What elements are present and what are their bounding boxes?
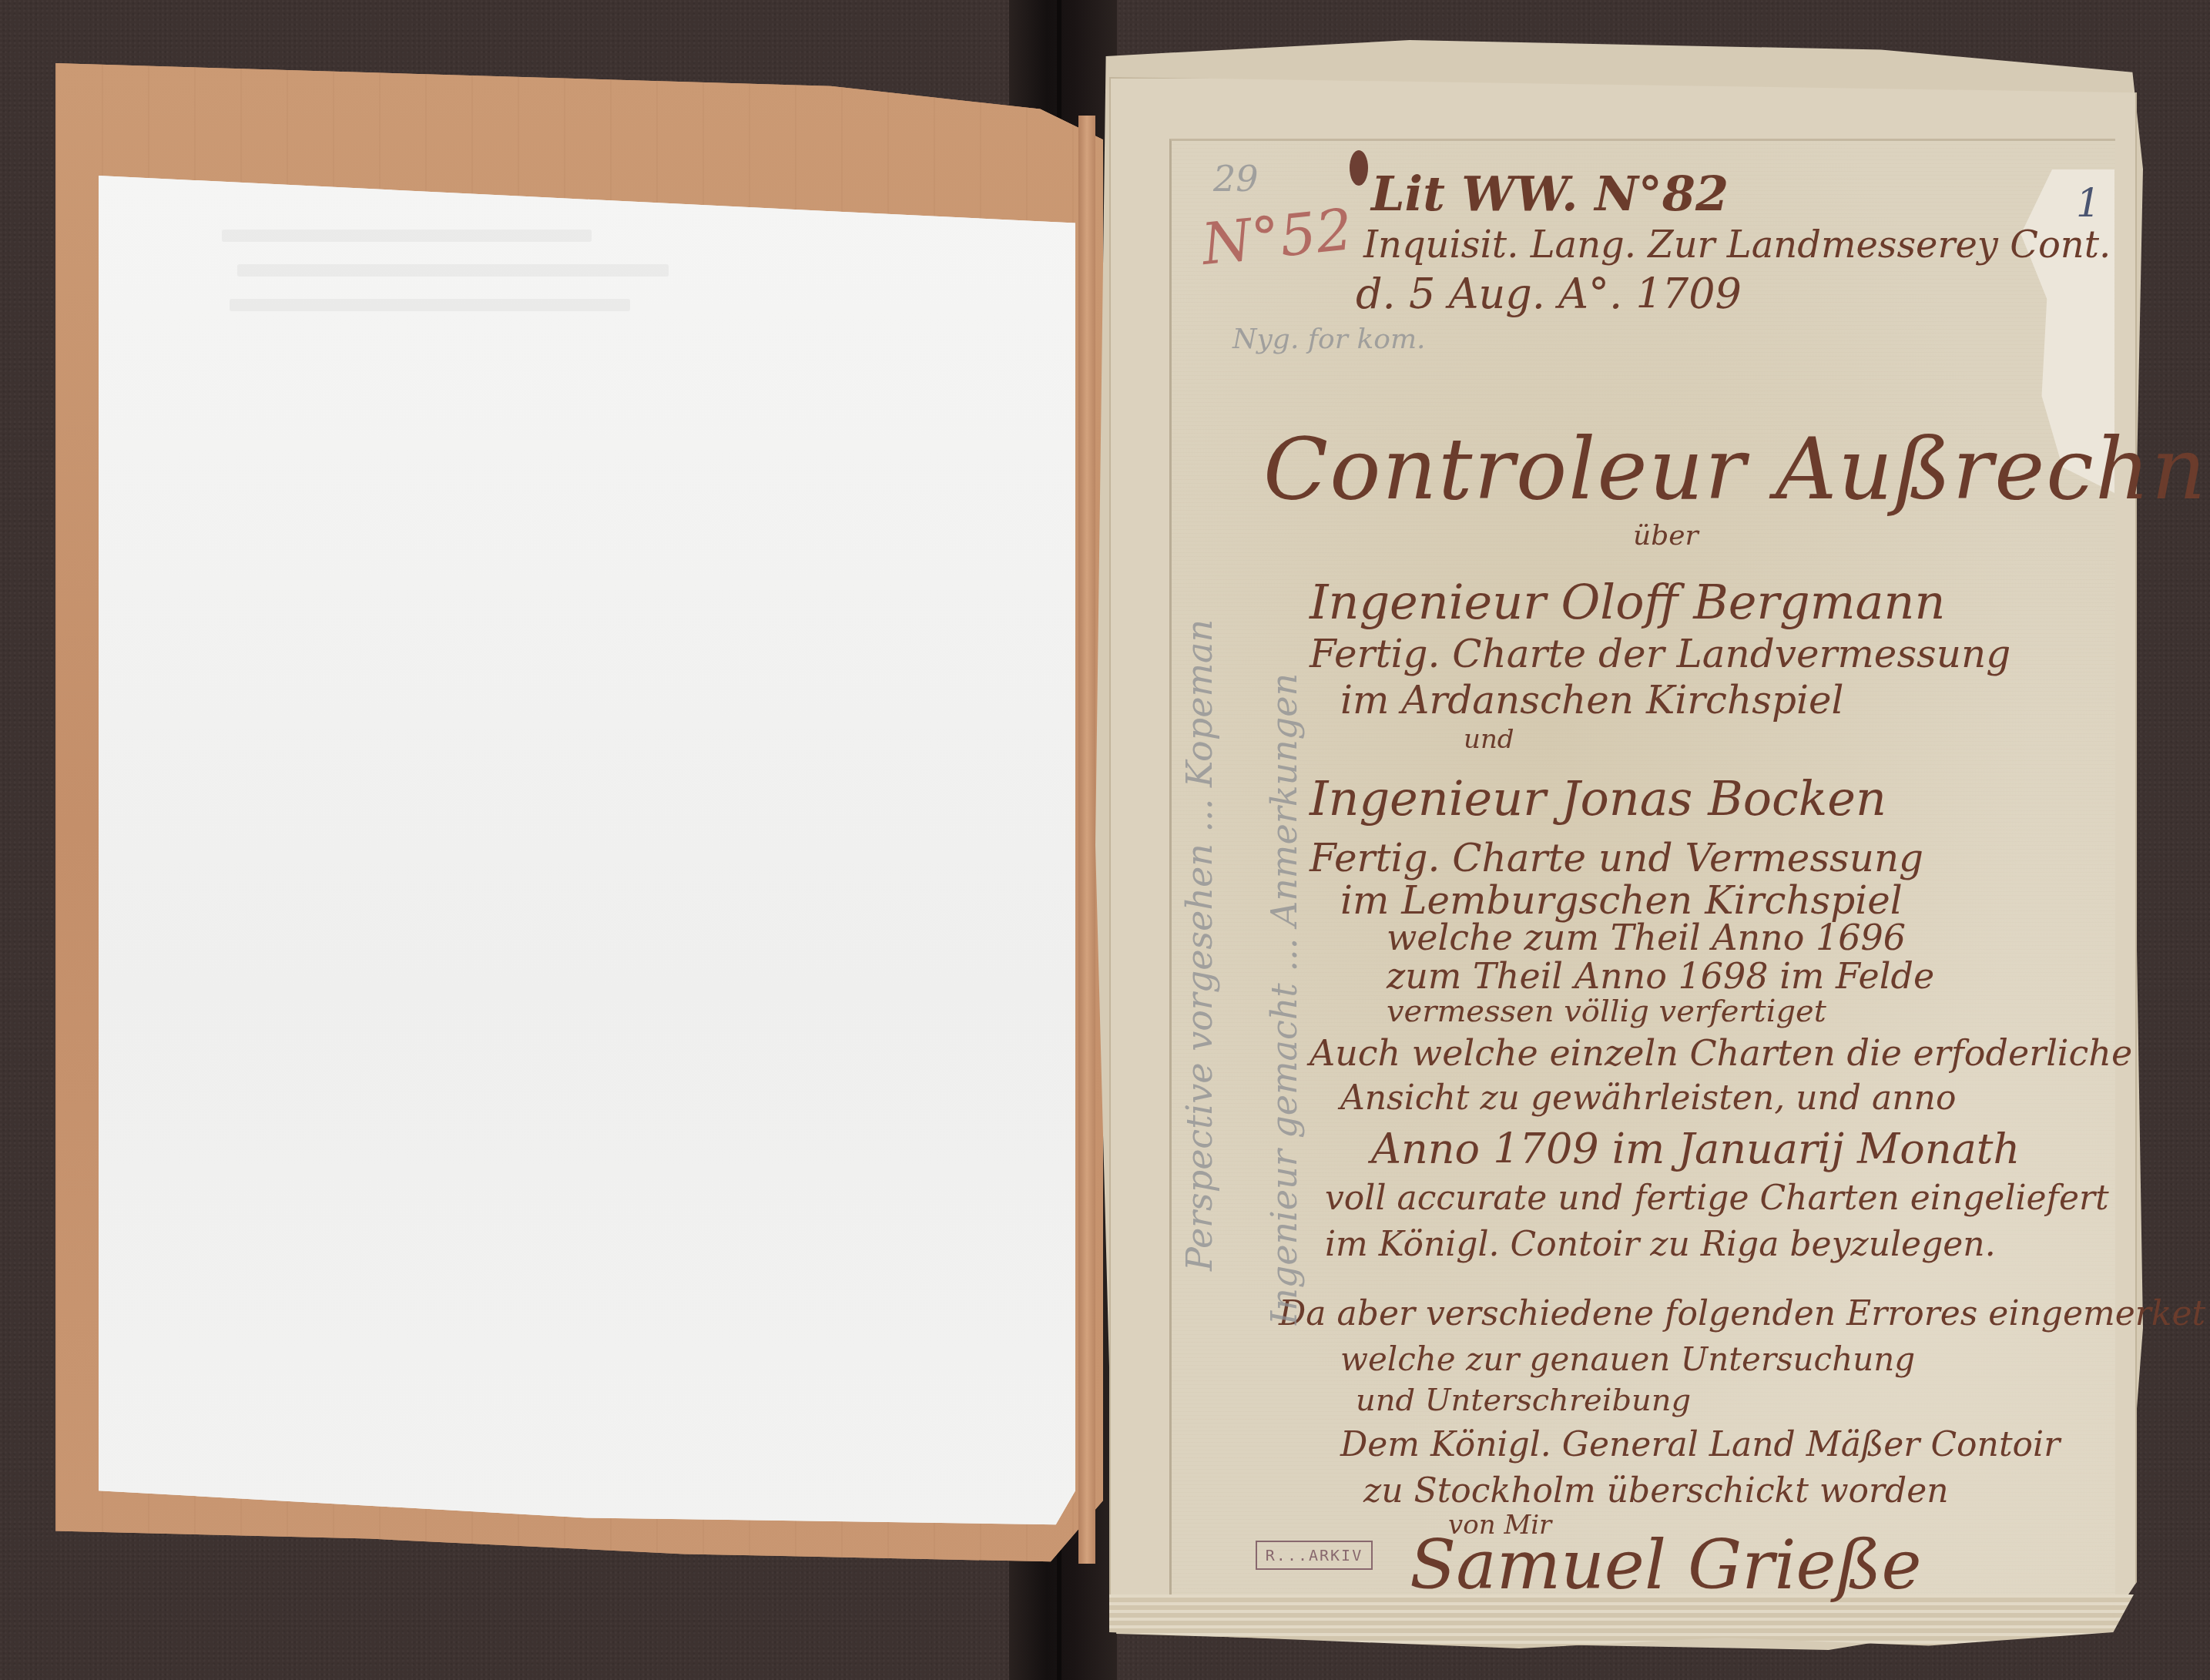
body-line: im Ardanschen Kirchspiel [1340, 678, 1844, 723]
body-line: Fertig. Charte und Vermessung [1310, 836, 1923, 880]
pencil-note: Nyg. for kom. [1232, 324, 1426, 355]
signature: Samuel Grieße [1410, 1525, 1922, 1605]
body-line: im Königl. Contoir zu Riga beyzulegen. [1325, 1225, 1996, 1264]
body-line: welche zum Theil Anno 1696 [1387, 917, 1906, 958]
blank-insert-sheet [99, 176, 1075, 1531]
archive-stamp: R...ARKIV [1256, 1541, 1373, 1570]
document-title: Controleur Außrechnung [1263, 420, 2210, 518]
folder-crease [1078, 116, 1095, 1564]
ghost-text-line [230, 299, 630, 311]
body-line: Ingenieur Oloff Bergmann [1310, 574, 1945, 630]
body-line: zum Theil Anno 1698 im Felde [1387, 955, 1934, 997]
body-line: voll accurate und fertige Charten eingel… [1325, 1179, 2109, 1218]
body-line: und [1464, 724, 1514, 755]
ghost-text-line [237, 264, 669, 277]
body-line: Da aber verschiedene folgenden Errores e… [1279, 1294, 2205, 1333]
body-line: Ansicht zu gewährleisten, und anno [1340, 1078, 1956, 1118]
folio-number-left: 29 [1213, 158, 1259, 200]
ink-blot [1350, 150, 1368, 186]
body-line: Anno 1709 im Januarij Monath [1371, 1125, 2020, 1173]
body-line: über [1633, 520, 1699, 552]
body-line: Dem Königl. General Land Mäßer Contoir [1340, 1425, 2060, 1464]
body-line: Ingenieur Jonas Bocken [1310, 770, 1886, 827]
shelfmark: Lit WW. N°82 [1371, 166, 1729, 222]
ghost-text-line [222, 230, 592, 242]
body-line: Auch welche einzeln Charten die erfoderl… [1310, 1032, 2132, 1074]
body-line: zu Stockholm überschickt worden [1363, 1471, 1949, 1511]
folio-number-right: 1 [2076, 181, 2101, 226]
body-line: Fertig. Charte der Landvermessung [1310, 632, 2010, 676]
body-line: und Unterschreibung [1356, 1383, 1691, 1418]
margin-pencil-note: Ingenieur gemacht ... Anmerkungen [1263, 673, 1305, 1325]
body-line: vermessen völlig verfertiget [1387, 994, 1826, 1029]
header-line-2: d. 5 Aug. A°. 1709 [1356, 270, 1742, 318]
header-line-1: Inquisit. Lang. Zur Landmesserey Cont. [1363, 223, 2111, 267]
body-line: welche zur genauen Untersuchung [1340, 1340, 1915, 1378]
margin-pencil-note: Perspective vorgesehen ... Kopeman [1179, 619, 1220, 1271]
